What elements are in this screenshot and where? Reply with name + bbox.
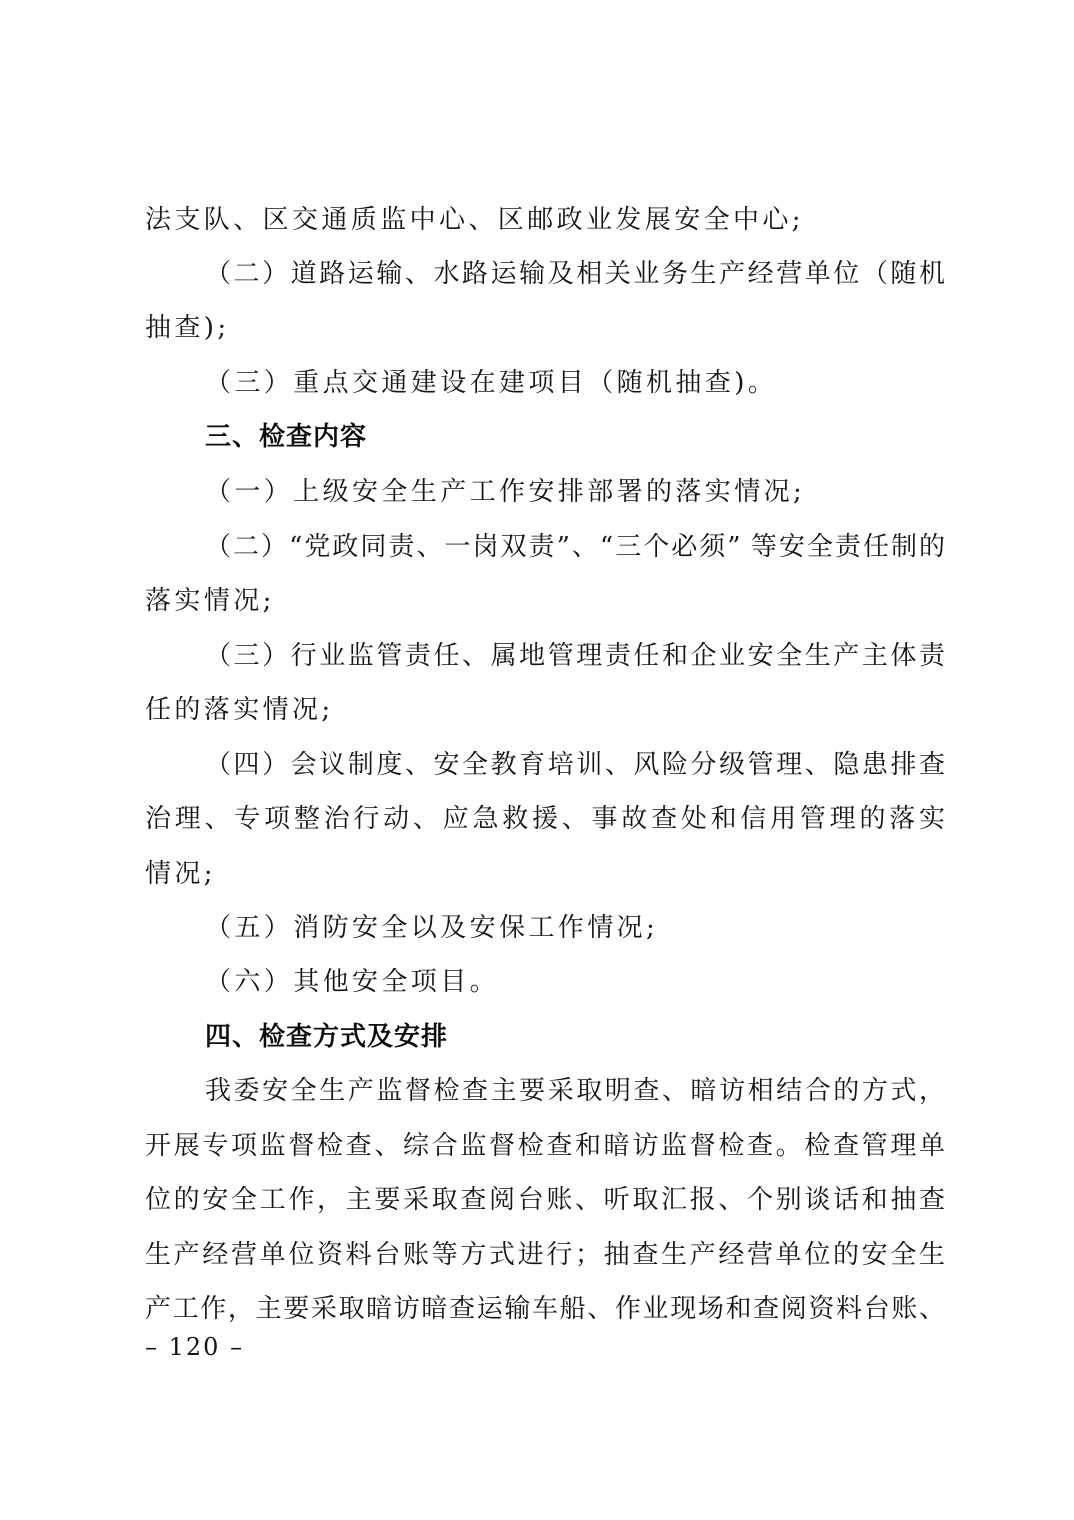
content-item-4-line-3: 情况; <box>145 854 945 894</box>
list-item-2-line-1: （二）道路运输、水路运输及相关业务生产经营单位（随机 <box>205 254 945 294</box>
content-item-4-line-1: （四）会议制度、安全教育培训、风险分级管理、隐患排查 <box>205 745 945 785</box>
paragraph-line-5: 产工作，主要采取暗访暗查运输车船、作业现场和查阅资料台账、 <box>145 1289 945 1329</box>
document-page: 法支队、区交通质监中心、区邮政业发展安全中心; （二）道路运输、水路运输及相关业… <box>0 0 1074 1520</box>
list-item-2-line-2: 抽查); <box>145 308 945 348</box>
list-item-3: （三）重点交通建设在建项目（随机抽查)。 <box>205 363 945 403</box>
content-item-3-line-1: （三）行业监管责任、属地管理责任和企业安全生产主体责 <box>205 636 945 676</box>
section-heading-4: 四、检查方式及安排 <box>205 1017 945 1057</box>
content-item-2-line-1: （二）“党政同责、一岗双责”、“三个必须” 等安全责任制的 <box>205 527 945 567</box>
page-number: – 120 – <box>145 1332 244 1362</box>
paragraph-line-1: 我委安全生产监督检查主要采取明查、暗访相结合的方式， <box>205 1071 945 1111</box>
paragraph-line-2: 开展专项监督检查、综合监督检查和暗访监督检查。检查管理单 <box>145 1126 945 1166</box>
content-item-2-line-2: 落实情况; <box>145 581 945 621</box>
paragraph-line-4: 生产经营单位资料台账等方式进行；抽查生产经营单位的安全生 <box>145 1235 945 1275</box>
content-item-4-line-2: 治理、专项整治行动、应急救援、事故查处和信用管理的落实 <box>145 799 945 839</box>
content-item-5: （五）消防安全以及安保工作情况; <box>205 908 945 948</box>
content-item-3-line-2: 任的落实情况; <box>145 690 945 730</box>
paragraph-line-3: 位的安全工作，主要采取查阅台账、听取汇报、个别谈话和抽查 <box>145 1180 945 1220</box>
text-line-1: 法支队、区交通质监中心、区邮政业发展安全中心; <box>145 200 945 240</box>
section-heading-3: 三、检查内容 <box>205 417 945 457</box>
content-item-6: （六）其他安全项目。 <box>205 962 945 1002</box>
content-item-1: （一）上级安全生产工作安排部署的落实情况; <box>205 472 945 512</box>
